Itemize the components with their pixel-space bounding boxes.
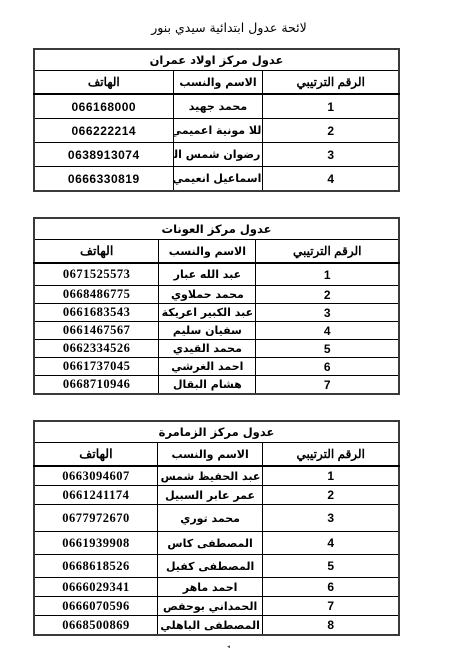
table-row: 3رضوان شمس الدين0638913074 — [34, 143, 399, 167]
phone-cell: 066168000 — [34, 94, 173, 119]
col-header-serial: الرقم الترتيبي — [256, 240, 399, 264]
serial-cell: 5 — [263, 555, 399, 578]
table-title-row: عدول مركز العونات — [34, 218, 399, 240]
serial-cell: 4 — [263, 532, 399, 555]
name-cell: الحمداني بوحفص — [157, 597, 262, 616]
table-row: 4اسماعيل انعيمي0666330819 — [34, 167, 399, 192]
table-row: 5محمد القيدي0662334526 — [34, 340, 399, 358]
table-row: 4المصطفى كاس0661939908 — [34, 532, 399, 555]
table-title: عدول مركز العونات — [34, 218, 399, 240]
col-header-phone: الهاتف — [34, 240, 159, 264]
serial-cell: 2 — [263, 119, 399, 143]
phone-cell: 066222214 — [34, 119, 173, 143]
name-cell: محمد توري — [157, 505, 262, 532]
col-header-serial: الرقم الترتيبي — [263, 71, 399, 95]
col-header-name: الاسم والنسب — [157, 443, 262, 467]
name-cell: محمد حملاوي — [159, 286, 256, 304]
name-cell: عمر عابر السبيل — [157, 486, 262, 505]
col-header-serial: الرقم الترتيبي — [263, 443, 399, 467]
table-row: 8المصطفى الباهلي0668500869 — [34, 616, 399, 636]
column-header-row: الرقم الترتيبيالاسم والنسبالهاتف — [34, 443, 399, 467]
phone-cell: 0666070596 — [34, 597, 157, 616]
name-cell: هشام البقال — [159, 376, 256, 395]
col-header-name: الاسم والنسب — [159, 240, 256, 264]
table-row: 7هشام البقال0668710946 — [34, 376, 399, 395]
name-cell: احمد ماهر — [157, 578, 262, 597]
serial-cell: 7 — [256, 376, 399, 395]
table-title-row: عدول مركز اولاد عمران — [34, 49, 399, 71]
serial-cell: 4 — [256, 322, 399, 340]
phone-cell: 0668500869 — [34, 616, 157, 636]
name-cell: المصطفى كفيل — [157, 555, 262, 578]
name-cell: سفيان سليم — [159, 322, 256, 340]
table-title: عدول مركز اولاد عمران — [34, 49, 399, 71]
table-body: 1محمد جهيد0661680002للا مونية اعميمي0662… — [34, 94, 399, 191]
name-cell: محمد جهيد — [173, 94, 263, 119]
serial-cell: 7 — [263, 597, 399, 616]
tables-container: عدول مركز اولاد عمرانالرقم الترتيبيالاسم… — [0, 48, 458, 636]
phone-cell: 0668486775 — [34, 286, 159, 304]
table-row: 2للا مونية اعميمي066222214 — [34, 119, 399, 143]
name-cell: عبد الكبير اعريكة — [159, 304, 256, 322]
document-title: لائحة عدول ابتدائية سيدي بنور — [0, 20, 458, 35]
table-row: 4سفيان سليم0661467567 — [34, 322, 399, 340]
serial-cell: 6 — [263, 578, 399, 597]
table-row: 1عبد الله عبار0671525573 — [34, 263, 399, 286]
name-cell: عبد الله عبار — [159, 263, 256, 286]
serial-cell: 5 — [256, 340, 399, 358]
phone-cell: 0662334526 — [34, 340, 159, 358]
serial-cell: 2 — [256, 286, 399, 304]
document-page: { "page": { "title": "لائحة عدول ابتدائي… — [0, 0, 458, 648]
phone-cell: 0677972670 — [34, 505, 157, 532]
table-body: 1عبد الله عبار06715255732محمد حملاوي0668… — [34, 263, 399, 394]
phone-cell: 0661683543 — [34, 304, 159, 322]
table-head: عدول مركز العوناتالرقم الترتيبيالاسم وال… — [34, 218, 399, 263]
serial-cell: 8 — [263, 616, 399, 636]
serial-cell: 4 — [263, 167, 399, 192]
serial-cell: 6 — [256, 358, 399, 376]
table-row: 2عمر عابر السبيل0661241174 — [34, 486, 399, 505]
table-row: 3محمد توري0677972670 — [34, 505, 399, 532]
table-row: 5المصطفى كفيل0668618526 — [34, 555, 399, 578]
table-head: عدول مركز الزمامرةالرقم الترتيبيالاسم وا… — [34, 421, 399, 466]
phone-cell: 0668710946 — [34, 376, 159, 395]
col-header-phone: الهاتف — [34, 443, 157, 467]
column-header-row: الرقم الترتيبيالاسم والنسبالهاتف — [34, 240, 399, 264]
phone-cell: 0671525573 — [34, 263, 159, 286]
phone-cell: 0661467567 — [34, 322, 159, 340]
notary-table-0: عدول مركز اولاد عمرانالرقم الترتيبيالاسم… — [33, 48, 400, 192]
name-cell: احمد الغرشي — [159, 358, 256, 376]
table-row: 2محمد حملاوي0668486775 — [34, 286, 399, 304]
table-title-row: عدول مركز الزمامرة — [34, 421, 399, 443]
phone-cell: 0666029341 — [34, 578, 157, 597]
phone-cell: 0661737045 — [34, 358, 159, 376]
table-row: 3عبد الكبير اعريكة0661683543 — [34, 304, 399, 322]
notary-table-2: عدول مركز الزمامرةالرقم الترتيبيالاسم وا… — [33, 420, 400, 636]
table-row: 1محمد جهيد066168000 — [34, 94, 399, 119]
table-body: 1عبد الحفيظ شمس الدين06630946072عمر عابر… — [34, 466, 399, 635]
name-cell: محمد القيدي — [159, 340, 256, 358]
name-cell: اسماعيل انعيمي — [173, 167, 263, 192]
serial-cell: 2 — [263, 486, 399, 505]
serial-cell: 3 — [256, 304, 399, 322]
serial-cell: 3 — [263, 505, 399, 532]
serial-cell: 3 — [263, 143, 399, 167]
serial-cell: 1 — [263, 94, 399, 119]
name-cell: المصطفى كاس — [157, 532, 262, 555]
table-row: 7الحمداني بوحفص0666070596 — [34, 597, 399, 616]
table-row: 6احمد الغرشي0661737045 — [34, 358, 399, 376]
name-cell: عبد الحفيظ شمس الدين — [157, 466, 262, 486]
name-cell: رضوان شمس الدين — [173, 143, 263, 167]
phone-cell: 0666330819 — [34, 167, 173, 192]
phone-cell: 0661241174 — [34, 486, 157, 505]
page-number: ~ 1 ~ — [0, 644, 458, 648]
table-title: عدول مركز الزمامرة — [34, 421, 399, 443]
table-row: 1عبد الحفيظ شمس الدين0663094607 — [34, 466, 399, 486]
name-cell: للا مونية اعميمي — [173, 119, 263, 143]
table-head: عدول مركز اولاد عمرانالرقم الترتيبيالاسم… — [34, 49, 399, 94]
table-row: 6احمد ماهر0666029341 — [34, 578, 399, 597]
col-header-name: الاسم والنسب — [173, 71, 263, 95]
serial-cell: 1 — [256, 263, 399, 286]
document-body: لائحة عدول ابتدائية سيدي بنور عدول مركز … — [0, 20, 458, 648]
column-header-row: الرقم الترتيبيالاسم والنسبالهاتف — [34, 71, 399, 95]
phone-cell: 0668618526 — [34, 555, 157, 578]
serial-cell: 1 — [263, 466, 399, 486]
phone-cell: 0638913074 — [34, 143, 173, 167]
phone-cell: 0663094607 — [34, 466, 157, 486]
col-header-phone: الهاتف — [34, 71, 173, 95]
notary-table-1: عدول مركز العوناتالرقم الترتيبيالاسم وال… — [33, 217, 400, 395]
phone-cell: 0661939908 — [34, 532, 157, 555]
name-cell: المصطفى الباهلي — [157, 616, 262, 636]
